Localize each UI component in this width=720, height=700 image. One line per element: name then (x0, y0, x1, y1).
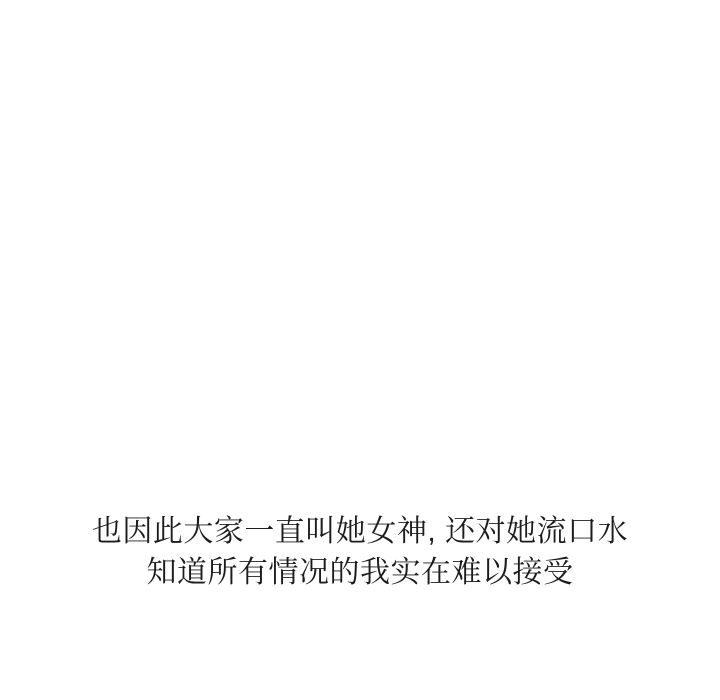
caption-line-2: 知道所有情况的我实在难以接受 (0, 552, 720, 593)
caption-block: 也因此大家一直叫她女神, 还对她流口水 知道所有情况的我实在难以接受 (0, 511, 720, 593)
caption-line-1: 也因此大家一直叫她女神, 还对她流口水 (0, 511, 720, 552)
comic-page: 也因此大家一直叫她女神, 还对她流口水 知道所有情况的我实在难以接受 (0, 0, 720, 700)
